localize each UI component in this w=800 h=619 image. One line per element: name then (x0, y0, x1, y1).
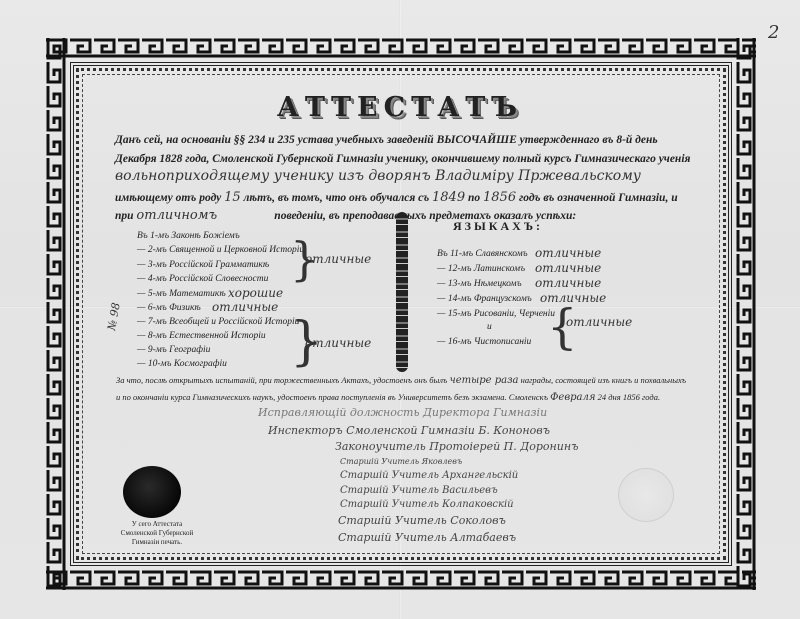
document-page: 2 АТТЕСТАТЪ Данъ сей, на основаніи §§ 23… (0, 0, 800, 619)
subject-5: — 5-мъ Математикѣ (137, 289, 226, 299)
year-to: 1856 (483, 190, 516, 205)
language-grade-11: отличные (535, 246, 601, 260)
language-grade-12: отличные (535, 261, 601, 275)
subject-1: Въ 1-мъ Законѣ Божіемъ (137, 231, 240, 241)
subject-10: — 10-мъ Космографіи (137, 359, 227, 369)
signature-director: Исправляющій должность Директора Гимназі… (258, 406, 547, 419)
closing-tail-2: 24 дня 1856 года. (598, 392, 660, 402)
closing-text-1: За что, послѣ открытыхъ испытаній, при т… (116, 375, 447, 385)
language-and: и (487, 322, 492, 332)
language-11: Въ 11-мъ Славянскомъ (437, 249, 528, 259)
ornamental-divider (396, 212, 408, 372)
language-grade-13: отличные (535, 276, 601, 290)
closing-tail-1: награды, состоящей изъ книгъ и похвальны… (521, 375, 686, 385)
signature-teacher-3: Старшій Учитель Васильевъ (340, 485, 498, 496)
signature-priest: Законоучитель Протоіерей П. Доронинъ (335, 440, 578, 453)
subject-3: — 3-мъ Россійской Грамматикѣ (137, 260, 269, 270)
signature-teacher-1: Старшій Учитель Яковлевъ (340, 457, 462, 466)
intro-line-2: Декабря 1828 года, Смоленской Губернской… (115, 153, 690, 165)
embossed-stamp (618, 468, 674, 522)
age-value: 15 (224, 190, 241, 205)
signature-inspector: Инспекторъ Смоленской Гимназіи Б. Кононо… (268, 424, 550, 437)
language-14: — 14-мъ Французскомъ (437, 294, 532, 304)
signature-teacher-5: Старшій Учитель Соколовъ (338, 514, 506, 527)
wax-seal (123, 466, 181, 518)
bracket-grade-right: отличные (566, 315, 632, 329)
conduct-prefix: при (115, 210, 134, 222)
closing-text-2: и по окончаніи курса Гимназическихъ наук… (116, 392, 548, 402)
age-suffix: годъ въ означенной Гимназіи, и (519, 192, 678, 204)
subject-6: — 6-мъ Физикѣ (137, 303, 201, 313)
issue-month: Февраля (550, 392, 595, 403)
grade-5: хорошие (228, 286, 283, 300)
bracket-grade-left-2: отличные (305, 336, 371, 350)
language-16: — 16-мъ Чистописаніи (437, 337, 531, 347)
language-12: — 12-мъ Латинскомъ (437, 264, 525, 274)
subject-9: — 9-мъ Географіи (137, 345, 210, 355)
page-number: 2 (768, 22, 779, 43)
language-13: — 13-мъ Нѣмецкомъ (437, 279, 522, 289)
age-prefix: имѣющему отъ роду (115, 192, 221, 204)
age-mid1: лѣтъ, въ томъ, что онъ обучался съ (244, 192, 430, 204)
subject-4: — 4-мъ Россійской Словесности (137, 274, 268, 284)
signature-teacher-4: Старшій Учитель Колпаковскій (340, 499, 514, 510)
greek-key-border-top (46, 38, 756, 58)
subject-2: — 2-мъ Священной и Церковной Исторіи (137, 245, 304, 255)
conduct-value: отличномъ (136, 208, 271, 223)
seal-caption: У сего Аттестата Смоленской Губернской Г… (118, 520, 196, 547)
awards-count: четыре раза (449, 375, 518, 386)
year-from: 1849 (432, 190, 465, 205)
closing-line-1: За что, послѣ открытыхъ испытаній, при т… (116, 375, 686, 386)
greek-key-border-bottom (46, 570, 756, 590)
grade-6: отличные (212, 300, 278, 314)
closing-line-2: и по окончаніи курса Гимназическихъ наук… (116, 392, 660, 403)
intro-line-1: Данъ сей, на основаніи §§ 234 и 235 уста… (115, 134, 690, 146)
bracket-grade-left-1: отличные (305, 252, 371, 266)
signature-teacher-2: Старшій Учитель Архангельскій (340, 470, 518, 481)
age-line: имѣющему отъ роду 15 лѣтъ, въ томъ, что … (115, 190, 690, 205)
signature-teacher-6: Старшій Учитель Алтабаевъ (338, 531, 516, 544)
subject-7: — 7-мъ Всеобщей и Россійской Исторіи (137, 317, 299, 327)
languages-heading: ЯЗЫКАХЪ: (453, 219, 543, 234)
language-15: — 15-мъ Рисованіи, Черченіи (437, 309, 555, 319)
subject-8: — 8-мъ Естественной Исторіи (137, 331, 266, 341)
document-title: АТТЕСТАТЪ (0, 92, 800, 123)
recipient-handwritten: вольноприходящему ученику изъ дворянъ Вл… (115, 168, 690, 184)
age-mid2: по (468, 192, 480, 204)
